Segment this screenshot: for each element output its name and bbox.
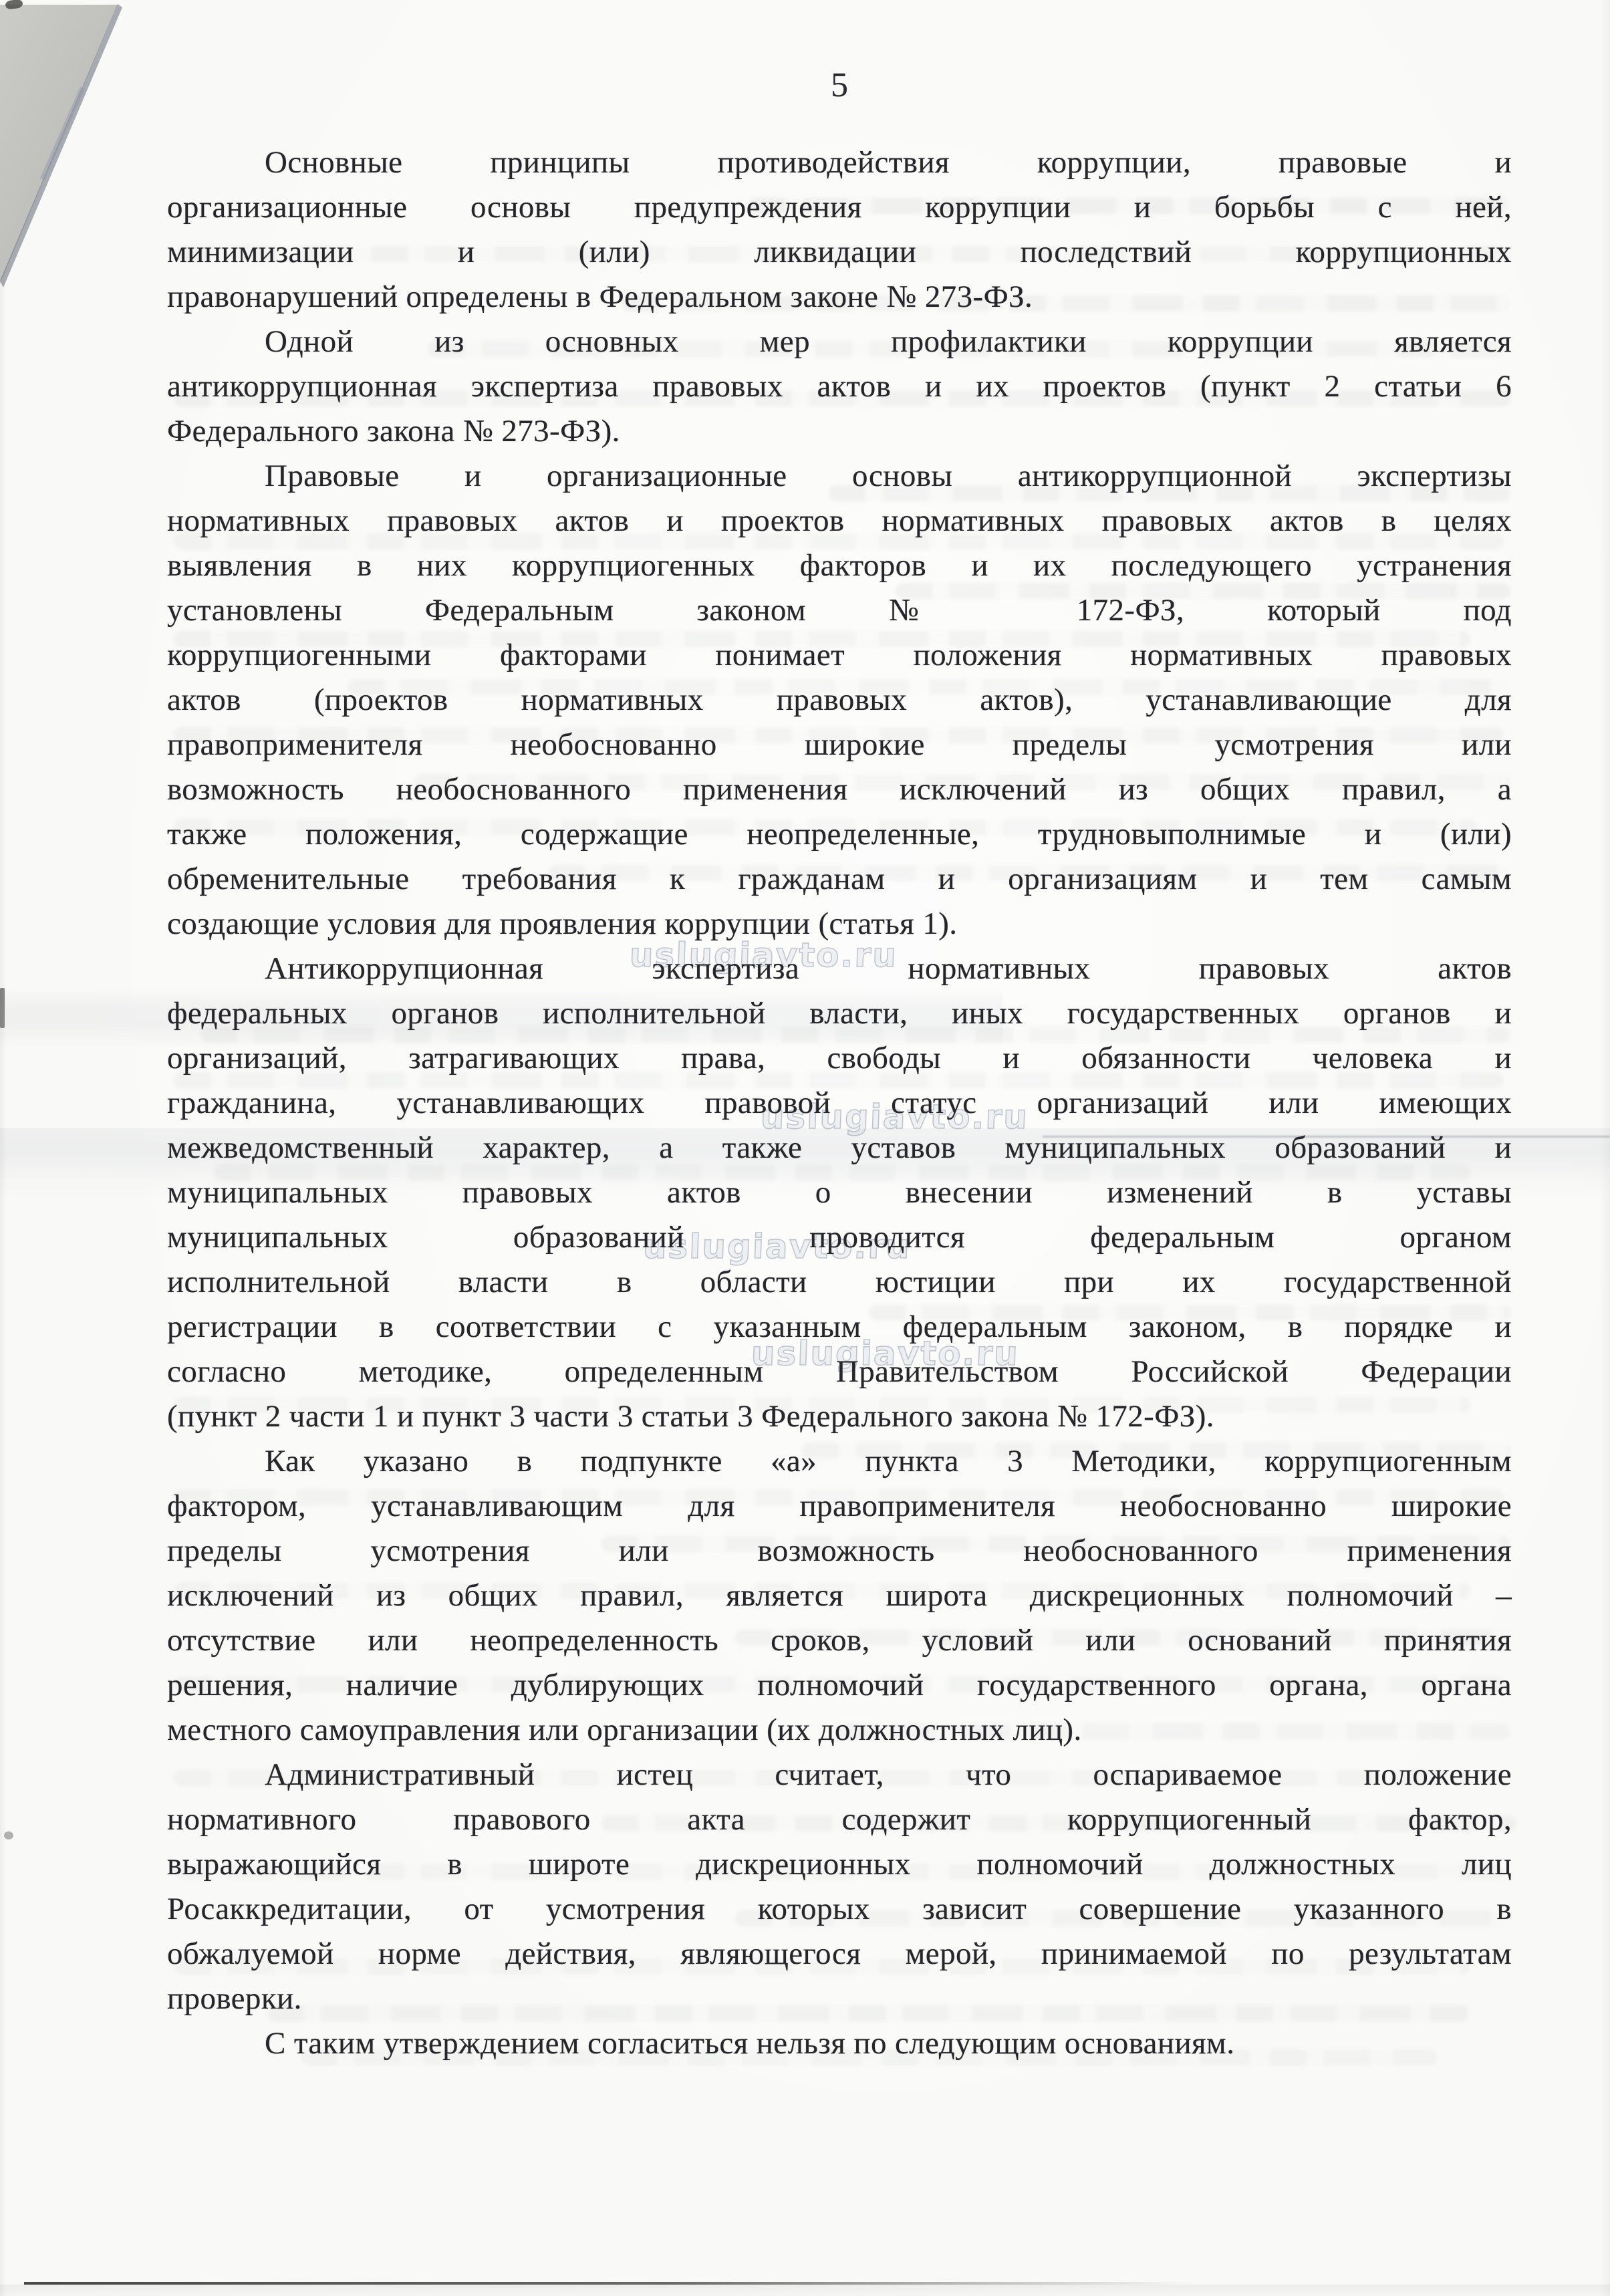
text-line: проверки. (167, 1976, 1512, 2021)
text-line: исполнительной власти в области юстиции … (167, 1260, 1512, 1305)
text-line: Антикоррупционная экспертиза нормативных… (167, 946, 1512, 991)
left-edge-shade (0, 281, 7, 2296)
text-line: правоприменителя необоснованно широкие п… (167, 723, 1512, 767)
text-line: правонарушений определены в Федеральном … (167, 275, 1512, 320)
text-line: исключений из общих правил, является шир… (167, 1573, 1512, 1618)
text-line: Одной из основных мер профилактики корру… (167, 320, 1512, 364)
scan-page: uslugiavto.ru uslugiavto.ru uslugiavto.r… (0, 0, 1610, 2296)
text-line: возможность необоснованного применения и… (167, 767, 1512, 812)
text-line: организационные основы предупреждения ко… (167, 185, 1512, 230)
text-line: решения, наличие дублирующих полномочий … (167, 1663, 1512, 1708)
text-line: фактором, устанавливающим для правоприме… (167, 1484, 1512, 1529)
text-line: муниципальных правовых актов о внесении … (167, 1170, 1512, 1215)
text-line: Правовые и организационные основы антико… (167, 454, 1512, 499)
text-line: гражданина, устанавливающих правовой ста… (167, 1081, 1512, 1126)
text-line: нормативных правовых актов и проектов но… (167, 499, 1512, 543)
text-line: нормативного правового акта содержит кор… (167, 1797, 1512, 1842)
text-line: Административный истец считает, что оспа… (167, 1753, 1512, 1797)
text-line: Как указано в подпункте «а» пункта 3 Мет… (167, 1439, 1512, 1484)
text-line: Федерального закона № 273-ФЗ). (167, 409, 1512, 454)
text-line: межведомственный характер, а также устав… (167, 1126, 1512, 1170)
text-line: коррупциогенными факторами понимает поло… (167, 633, 1512, 678)
scanner-background-corner (0, 0, 147, 307)
text-line: (пункт 2 части 1 и пункт 3 части 3 стать… (167, 1394, 1512, 1439)
text-line: создающие условия для проявления коррупц… (167, 902, 1512, 946)
text-line: установлены Федеральным законом № 172-ФЗ… (167, 588, 1512, 633)
text-line: С таким утверждением согласиться нельзя … (167, 2021, 1512, 2066)
text-line: выражающийся в широте дискреционных полн… (167, 1842, 1512, 1887)
bottom-edge-shade (0, 2285, 1610, 2296)
text-line: выявления в них коррупциогенных факторов… (167, 543, 1512, 588)
page-number: 5 (167, 66, 1512, 106)
text-line: обременительные требования к гражданам и… (167, 857, 1512, 902)
text-line: отсутствие или неопределенность сроков, … (167, 1618, 1512, 1663)
text-line: регистрации в соответствии с указанным ф… (167, 1305, 1512, 1350)
text-line: организаций, затрагивающих права, свобод… (167, 1036, 1512, 1081)
text-line: местного самоуправления или организации … (167, 1708, 1512, 1753)
text-line: федеральных органов исполнительной власт… (167, 991, 1512, 1036)
text-line: актов (проектов нормативных правовых акт… (167, 678, 1512, 723)
text-line: Росаккредитации, от усмотрения которых з… (167, 1887, 1512, 1932)
text-line: обжалуемой норме действия, являющегося м… (167, 1932, 1512, 1976)
text-line: муниципальных образований проводится фед… (167, 1215, 1512, 1260)
text-line: Основные принципы противодействия корруп… (167, 140, 1512, 185)
document-body: Основные принципы противодействия корруп… (167, 140, 1512, 2066)
text-line: антикоррупционная экспертиза правовых ак… (167, 364, 1512, 409)
text-line: согласно методике, определенным Правител… (167, 1350, 1512, 1394)
text-line: минимизации и (или) ликвидации последств… (167, 230, 1512, 275)
text-line: пределы усмотрения или возможность необо… (167, 1529, 1512, 1573)
text-line: также положения, содержащие неопределенн… (167, 812, 1512, 857)
